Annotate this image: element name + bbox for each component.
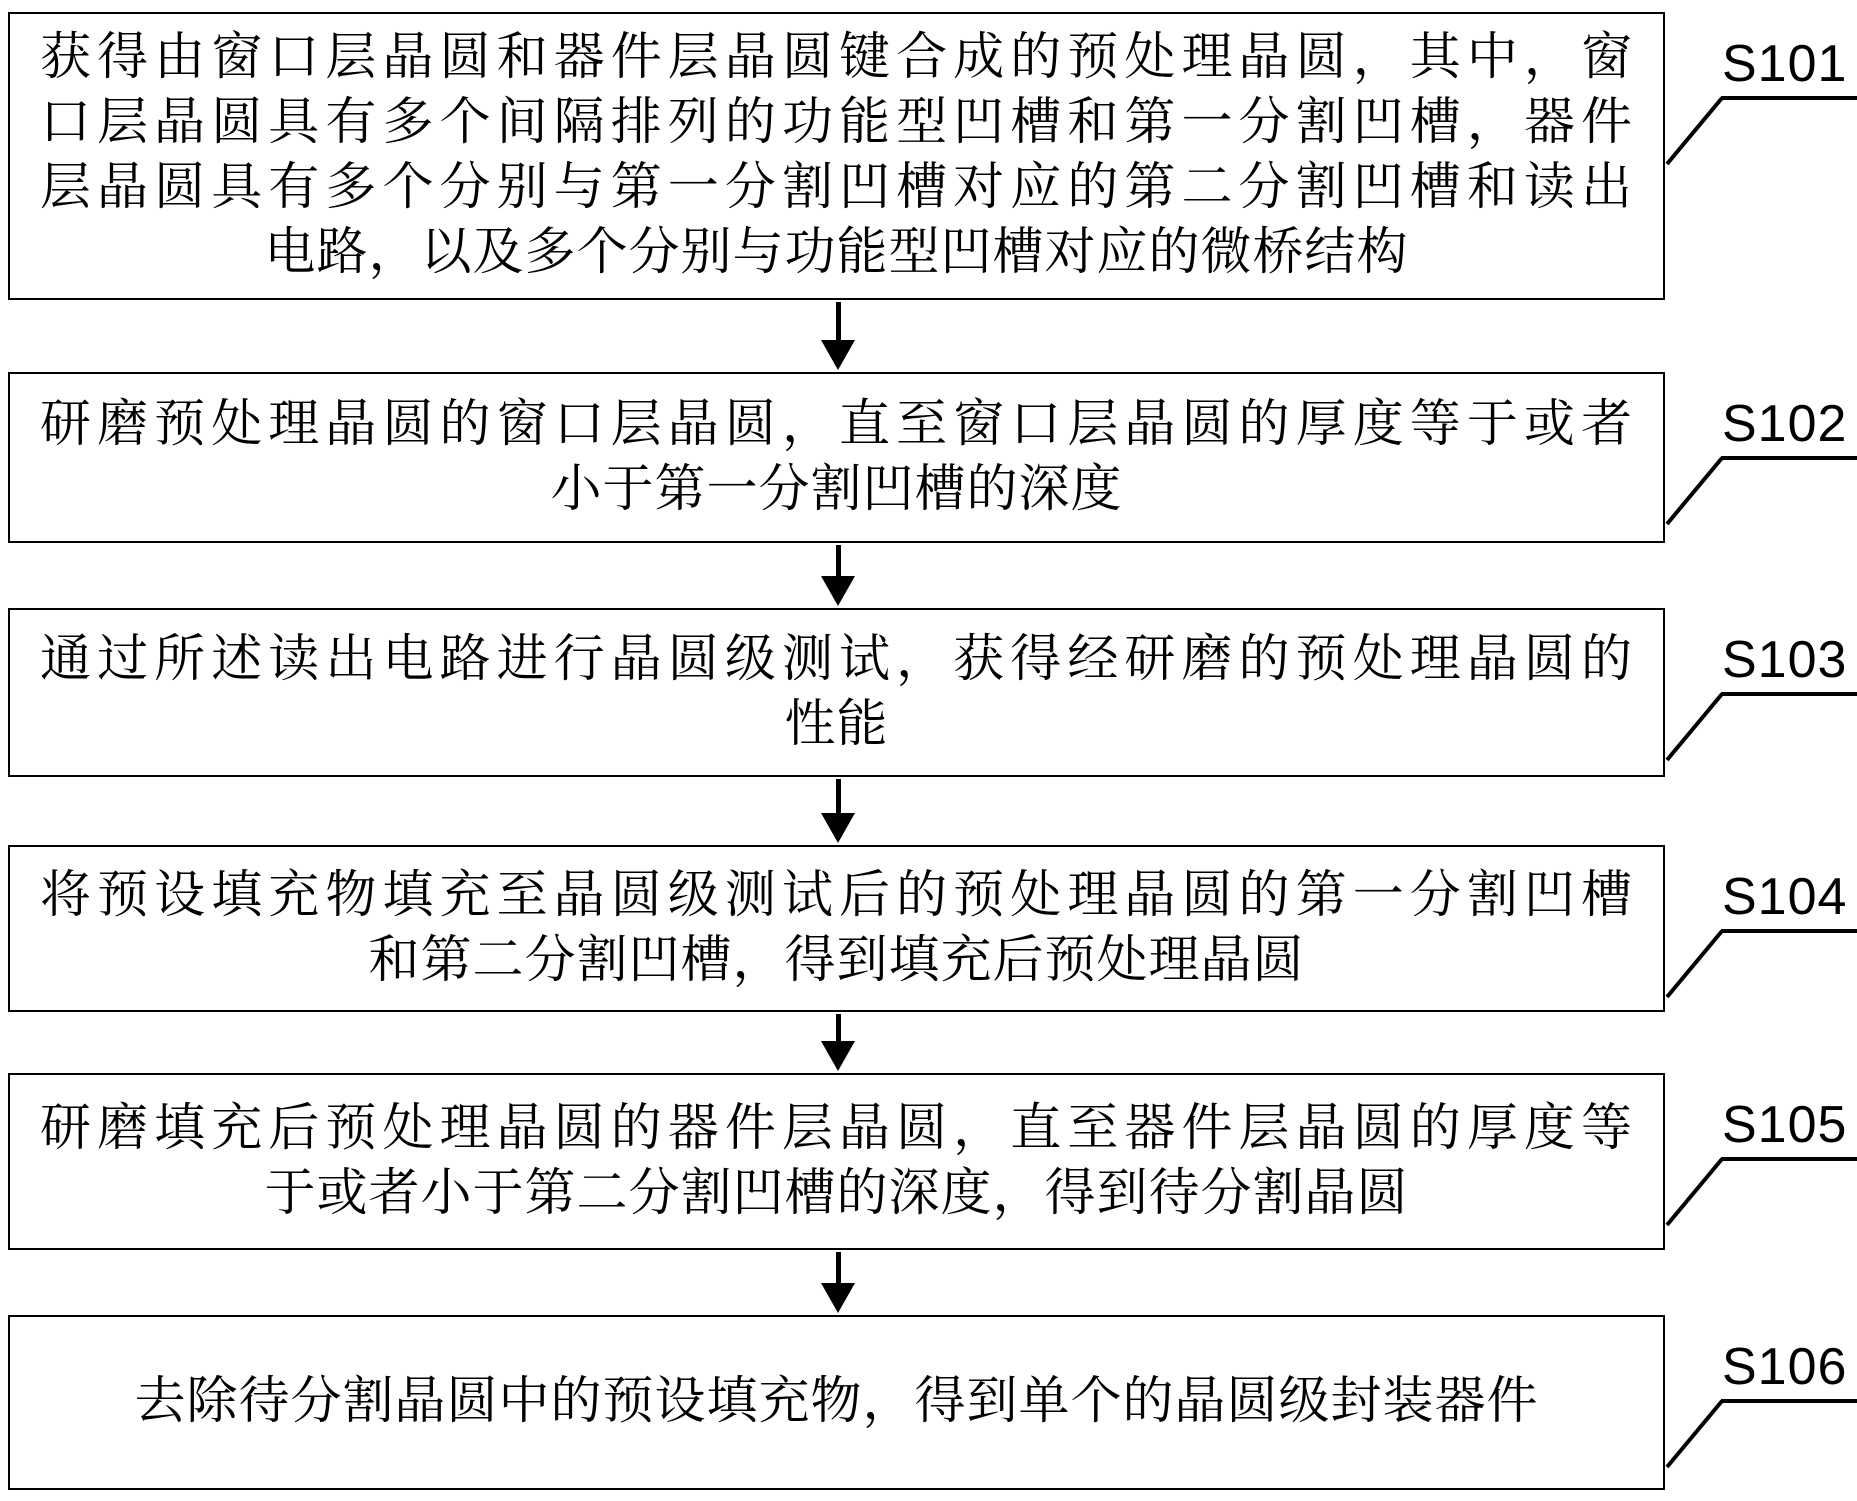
step-box-6: 去除待分割晶圆中的预设填充物，得到单个的晶圆级封装器件	[8, 1315, 1665, 1490]
flow-arrow-icon	[821, 1252, 855, 1313]
step-box-4: 将预设填充物填充至晶圆级测试后的预处理晶圆的第一分割凹槽 和第二分割凹槽，得到填…	[8, 845, 1665, 1012]
arrow-head	[821, 813, 855, 843]
arrow-head	[821, 340, 855, 370]
arrow-head	[821, 1283, 855, 1313]
step-label-6: S106	[1665, 1315, 1857, 1475]
step-3-line-1: 通过所述读出电路进行晶圆级测试，获得经研磨的预处理晶圆的	[40, 628, 1633, 693]
step-label-text-4: S104	[1722, 869, 1847, 925]
step-1-line-1: 获得由窗口层晶圆和器件层晶圆键合成的预处理晶圆，其中，窗	[40, 26, 1633, 91]
step-5-line-2: 于或者小于第二分割凹槽的深度，得到待分割晶圆	[40, 1162, 1633, 1227]
step-label-text-1: S101	[1722, 36, 1847, 92]
step-label-text-2: S102	[1722, 396, 1847, 452]
step-4-line-2: 和第二分割凹槽，得到填充后预处理晶圆	[40, 929, 1633, 994]
step-box-3: 通过所述读出电路进行晶圆级测试，获得经研磨的预处理晶圆的 性能	[8, 608, 1665, 777]
step-2-line-1: 研磨预处理晶圆的窗口层晶圆，直至窗口层晶圆的厚度等于或者	[40, 393, 1633, 458]
arrow-head	[821, 576, 855, 606]
step-3-line-2: 性能	[40, 693, 1633, 758]
step-label-text-5: S105	[1722, 1097, 1847, 1153]
step-6-line-1: 去除待分割晶圆中的预设填充物，得到单个的晶圆级封装器件	[40, 1370, 1633, 1435]
step-1-line-2: 口层晶圆具有多个间隔排列的功能型凹槽和第一分割凹槽，器件	[40, 91, 1633, 156]
arrow-shaft	[836, 779, 841, 813]
step-box-2: 研磨预处理晶圆的窗口层晶圆，直至窗口层晶圆的厚度等于或者 小于第一分割凹槽的深度	[8, 372, 1665, 543]
step-4-line-1: 将预设填充物填充至晶圆级测试后的预处理晶圆的第一分割凹槽	[40, 864, 1633, 929]
step-1-line-4: 电路，以及多个分别与功能型凹槽对应的微桥结构	[40, 221, 1633, 286]
step-2-line-2: 小于第一分割凹槽的深度	[40, 458, 1633, 523]
step-1-line-3: 层晶圆具有多个分别与第一分割凹槽对应的第二分割凹槽和读出	[40, 156, 1633, 221]
step-box-1: 获得由窗口层晶圆和器件层晶圆键合成的预处理晶圆，其中，窗 口层晶圆具有多个间隔排…	[8, 12, 1665, 300]
step-label-text-3: S103	[1722, 632, 1847, 688]
step-label-4: S104	[1665, 845, 1857, 1005]
step-label-text-6: S106	[1722, 1339, 1847, 1395]
step-label-5: S105	[1665, 1073, 1857, 1233]
arrow-shaft	[836, 1252, 841, 1283]
flowchart-canvas: 获得由窗口层晶圆和器件层晶圆键合成的预处理晶圆，其中，窗 口层晶圆具有多个间隔排…	[0, 0, 1857, 1501]
step-box-5: 研磨填充后预处理晶圆的器件层晶圆，直至器件层晶圆的厚度等 于或者小于第二分割凹槽…	[8, 1073, 1665, 1250]
flow-arrow-icon	[821, 302, 855, 370]
arrow-shaft	[836, 545, 841, 576]
step-label-2: S102	[1665, 372, 1857, 532]
arrow-shaft	[836, 302, 841, 340]
arrow-shaft	[836, 1014, 841, 1041]
flow-arrow-icon	[821, 779, 855, 843]
step-5-line-1: 研磨填充后预处理晶圆的器件层晶圆，直至器件层晶圆的厚度等	[40, 1097, 1633, 1162]
flow-arrow-icon	[821, 545, 855, 606]
step-label-3: S103	[1665, 608, 1857, 768]
arrow-head	[821, 1041, 855, 1071]
flow-arrow-icon	[821, 1014, 855, 1071]
step-label-1: S101	[1665, 12, 1857, 172]
